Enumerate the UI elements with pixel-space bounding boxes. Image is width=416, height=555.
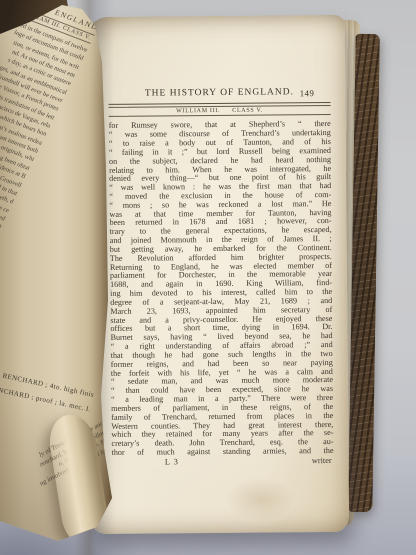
section-band: WILLIAM III. CLASS V. [109,104,331,116]
right-page: THE HISTORY OF ENGLAND. 149 WILLIAM III.… [82,15,350,534]
body-text: for Rumsey swore, that at Shepherd’s “ t… [109,120,334,457]
running-head: THE HISTORY OF ENGLAND. [145,87,294,98]
section-class: CLASS V. [232,107,263,113]
running-head-row: THE HISTORY OF ENGLAND. 149 [108,87,330,101]
signature-mark: L 3 [165,458,179,467]
section-reign: WILLIAM III. [176,108,220,114]
right-page-content: THE HISTORY OF ENGLAND. 149 WILLIAM III.… [108,87,333,468]
left-page: HISTORY OF ENGLAND WILLIAM III. CLASS V.… [0,0,112,555]
signature-row: L 3 writer [112,456,334,468]
paper-stain [226,477,296,522]
page-number: 149 [300,88,315,98]
book-photograph: THE HISTORY OF ENGLAND. 149 WILLIAM III.… [0,0,416,555]
catchword: writer [312,456,332,465]
